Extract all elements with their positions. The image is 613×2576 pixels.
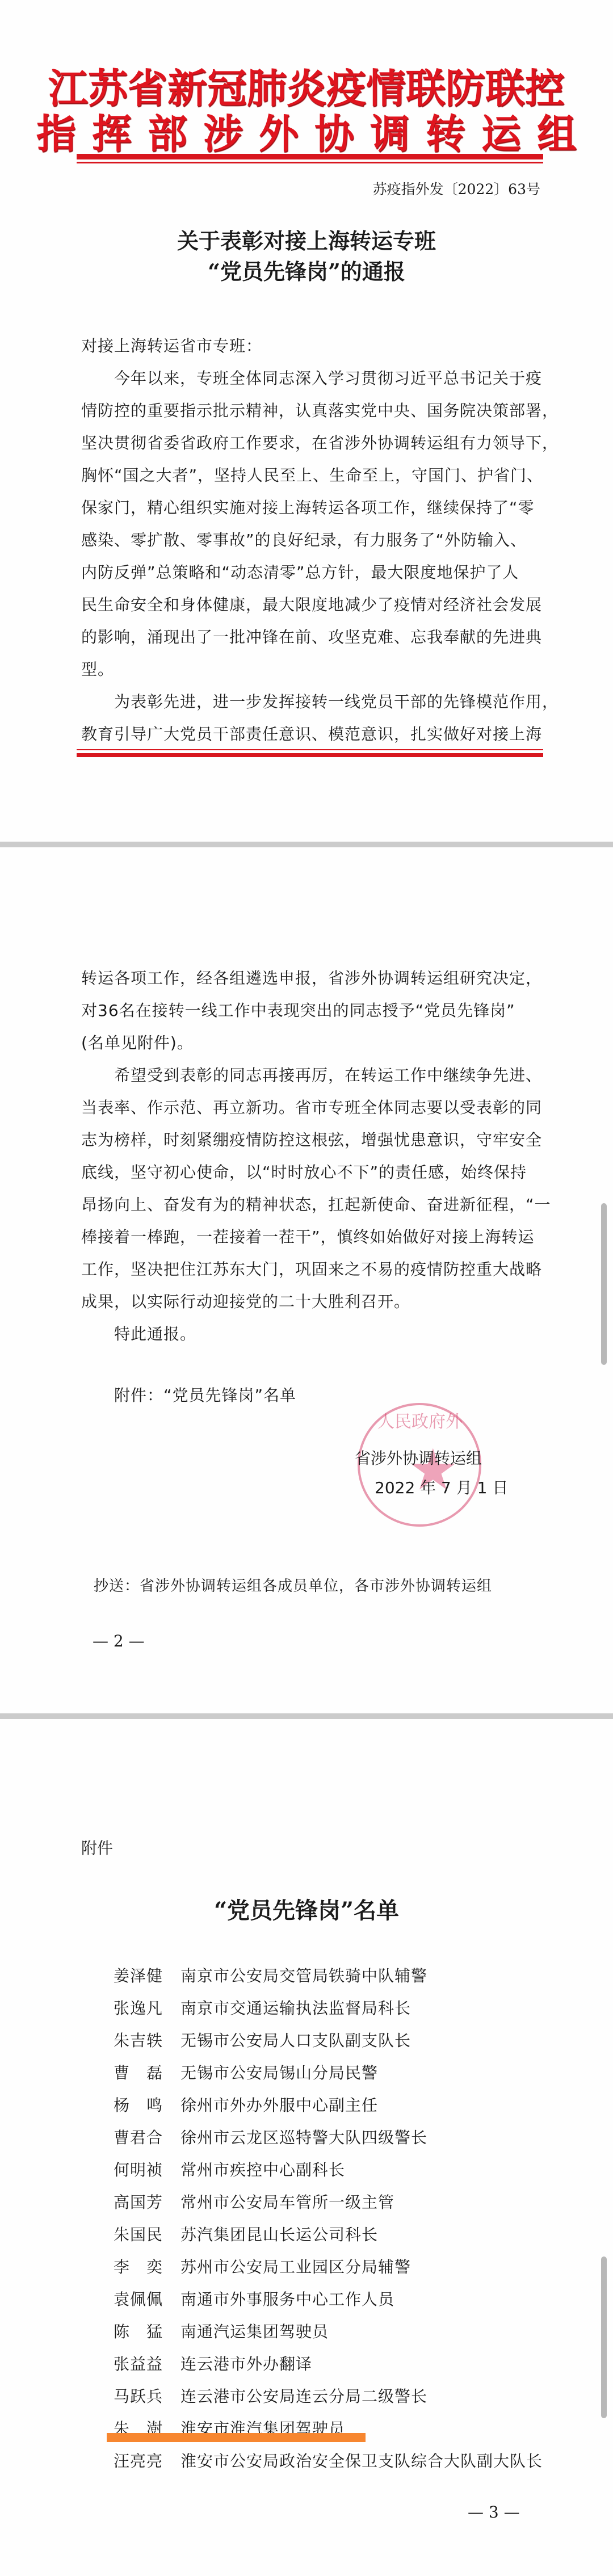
list-item: 曹君合徐州市云龙区巡特警大队四级警长 bbox=[114, 2125, 427, 2148]
list-item: 姜泽健南京市公安局交管局铁骑中队辅警 bbox=[114, 1964, 427, 1986]
body-line: (名单见附件)。 bbox=[81, 1027, 541, 1059]
body-line: 坚决贯彻省委省政府工作要求，在省涉外协调转运组有力领导下， bbox=[81, 427, 541, 459]
page-number-3: — 3 — bbox=[468, 2503, 520, 2522]
body-line: 棒接着一棒跑，一茬接着一茬干”，慎终如始做好对接上海转运 bbox=[81, 1221, 541, 1253]
awardee-unit: 常州市公安局车管所一级主管 bbox=[180, 2193, 394, 2212]
list-item: 高国芳常州市公安局车管所一级主管 bbox=[114, 2190, 394, 2213]
list-item: 李 奕苏州市公安局工业园区分局辅警 bbox=[114, 2255, 411, 2277]
notice-title-line1: 关于表彰对接上海转运专班 bbox=[0, 226, 613, 257]
list-item: 朱吉轶无锡市公安局人口支队副支队长 bbox=[114, 2028, 411, 2051]
red-footer-rule-thick bbox=[77, 753, 543, 757]
awardee-name: 朱国民 bbox=[114, 2222, 180, 2245]
body-line: 感染、零扩散、零事故”的良好纪录，有力服务了“外防输入、 bbox=[81, 524, 541, 556]
awardee-unit: 无锡市公安局人口支队副支队长 bbox=[180, 2031, 411, 2050]
body-line: 转运各项工作，经各组遴选申报，省涉外协调转运组研究决定， bbox=[81, 962, 541, 994]
awardee-unit: 连云港市公安局连云分局二级警长 bbox=[180, 2387, 427, 2406]
awardee-name: 朱吉轶 bbox=[114, 2028, 180, 2051]
awardee-unit: 无锡市公安局锡山分局民警 bbox=[180, 2064, 378, 2082]
signature-date: 2022 年 7 月 1 日 bbox=[375, 1476, 508, 1498]
awardee-name: 张益益 bbox=[114, 2352, 180, 2375]
scrollbar-thumb[interactable] bbox=[601, 1203, 607, 1365]
awardee-unit: 苏汽集团昆山长运公司科长 bbox=[180, 2225, 378, 2244]
body-line: 情防控的重要指示批示精神，认真落实党中央、国务院决策部署， bbox=[81, 394, 541, 427]
body-line: 当表率、作示范、再立新功。省市专班全体同志要以受表彰的同 bbox=[81, 1091, 541, 1124]
awardee-unit: 常州市疾控中心副科长 bbox=[180, 2161, 345, 2179]
list-item: 袁佩佩南通市外事服务中心工作人员 bbox=[114, 2287, 394, 2310]
awardee-name: 杨 鸣 bbox=[114, 2093, 180, 2116]
signature-org: 省涉外协调转运组 bbox=[355, 1446, 482, 1469]
body-line: 昂扬向上、奋发有为的精神状态，扛起新使命、奋进新征程，“一 bbox=[81, 1188, 541, 1221]
red-footer-rule-thin bbox=[77, 749, 543, 750]
body-line: 对36名在接转一线工作中表现突出的同志授予“党员先锋岗” bbox=[81, 994, 541, 1027]
page-number-2: — 2 — bbox=[93, 1632, 145, 1650]
scrollbar-thumb[interactable] bbox=[601, 2256, 607, 2418]
body-line: 成果，以实际行动迎接党的二十大胜利召开。 bbox=[81, 1285, 541, 1318]
annex-title: “党员先锋岗”名单 bbox=[0, 1893, 613, 1925]
list-item: 汪亮亮淮安市公安局政治安全保卫支队综合大队副大队长 bbox=[114, 2449, 543, 2472]
page-divider bbox=[0, 842, 613, 847]
body-line: 内防反弹”总策略和“动态清零”总方针，最大限度地保护了人 bbox=[81, 556, 541, 589]
document-number: 苏疫指外发〔2022〕63号 bbox=[373, 178, 540, 199]
awardee-unit: 徐州市云龙区巡特警大队四级警长 bbox=[180, 2128, 427, 2147]
notice-title-line2: “党员先锋岗”的通报 bbox=[0, 257, 613, 287]
body-line: 民生命安全和身体健康，最大限度地减少了疫情对经济社会发展 bbox=[81, 589, 541, 621]
body-line: 志为榜样，时刻紧绷疫情防控这根弦，增强忧患意识，守牢安全 bbox=[81, 1124, 541, 1156]
body-line: 型。 bbox=[81, 653, 541, 686]
list-item: 何明祯常州市疾控中心副科长 bbox=[114, 2158, 345, 2180]
list-item: 张逸凡南京市交通运输执法监督局科长 bbox=[114, 1996, 411, 2019]
awardee-unit: 苏州市公安局工业园区分局辅警 bbox=[180, 2258, 411, 2276]
awardee-name: 姜泽健 bbox=[114, 1964, 180, 1986]
body-line: 教育引导广大党员干部责任意识、模范意识，扎实做好对接上海 bbox=[81, 718, 541, 750]
body-line: 胸怀“国之大者”，坚持人民至上、生命至上，守国门、护省门、 bbox=[81, 459, 541, 491]
list-item: 张益益连云港市外办翻译 bbox=[114, 2352, 312, 2375]
red-header-rule-thin bbox=[77, 162, 543, 163]
page-divider bbox=[0, 1713, 613, 1719]
awardee-name: 曹 磊 bbox=[114, 2061, 180, 2083]
body-line: 工作，坚决把住江苏东大门，巩固来之不易的疫情防控重大战略 bbox=[81, 1253, 541, 1285]
awardee-name: 袁佩佩 bbox=[114, 2287, 180, 2310]
body-line: 今年以来，专班全体同志深入学习贯彻习近平总书记关于疫 bbox=[114, 362, 574, 394]
body-line: 底线，坚守初心使命，以“时时放心不下”的责任感，始终保持 bbox=[81, 1156, 541, 1188]
seal-text: 人民政府外 bbox=[375, 1407, 465, 1432]
body-line: 为表彰先进，进一步发挥接转一线党员干部的先锋模范作用， bbox=[114, 686, 574, 718]
awardee-unit: 南京市公安局交管局铁骑中队辅警 bbox=[180, 1966, 427, 1985]
awardee-unit: 南京市交通运输执法监督局科长 bbox=[180, 1999, 411, 2018]
list-item: 曹 磊无锡市公安局锡山分局民警 bbox=[114, 2061, 378, 2083]
awardee-name: 马跃兵 bbox=[114, 2384, 180, 2407]
body-line: 的影响，涌现出了一批冲锋在前、攻坚克难、忘我奉献的先进典 bbox=[81, 621, 541, 653]
list-item: 朱国民苏汽集团昆山长运公司科长 bbox=[114, 2222, 378, 2245]
body-line: 保家门，精心组织实施对接上海转运各项工作，继续保持了“零 bbox=[81, 491, 541, 524]
issuer-org-line2: 指挥部涉外协调转运组 bbox=[0, 111, 613, 157]
awardee-unit: 连云港市外办翻译 bbox=[180, 2355, 312, 2373]
awardee-name: 李 奕 bbox=[114, 2255, 180, 2277]
orange-highlight-underline bbox=[107, 2433, 366, 2442]
annex-label: 附件 bbox=[81, 1836, 113, 1859]
attachment-note: 附件：“党员先锋岗”名单 bbox=[114, 1379, 574, 1411]
list-item: 杨 鸣徐州市外办外服中心副主任 bbox=[114, 2093, 378, 2116]
closing-line: 特此通报。 bbox=[114, 1318, 574, 1350]
awardee-unit: 南通市外事服务中心工作人员 bbox=[180, 2290, 394, 2309]
body-line: 希望受到表彰的同志再接再厉，在转运工作中继续争先进、 bbox=[114, 1059, 574, 1091]
awardee-unit: 南通汽运集团驾驶员 bbox=[180, 2322, 329, 2341]
red-header-rule-thick bbox=[77, 154, 543, 159]
awardee-name: 汪亮亮 bbox=[114, 2449, 180, 2472]
awardee-unit: 淮安市公安局政治安全保卫支队综合大队副大队长 bbox=[180, 2452, 543, 2470]
cc-line: 抄送：省涉外协调转运组各成员单位，各市涉外协调转运组 bbox=[94, 1570, 553, 1603]
awardee-name: 曹君合 bbox=[114, 2125, 180, 2148]
awardee-name: 何明祯 bbox=[114, 2158, 180, 2180]
salutation: 对接上海转运省市专班： bbox=[81, 330, 541, 362]
awardee-name: 张逸凡 bbox=[114, 1996, 180, 2019]
list-item: 马跃兵连云港市公安局连云分局二级警长 bbox=[114, 2384, 427, 2407]
awardee-name: 陈 猛 bbox=[114, 2319, 180, 2342]
awardee-name: 高国芳 bbox=[114, 2190, 180, 2213]
awardee-unit: 徐州市外办外服中心副主任 bbox=[180, 2096, 378, 2115]
issuer-org-line1: 江苏省新冠肺炎疫情联防联控 bbox=[0, 66, 613, 111]
list-item: 陈 猛南通汽运集团驾驶员 bbox=[114, 2319, 329, 2342]
